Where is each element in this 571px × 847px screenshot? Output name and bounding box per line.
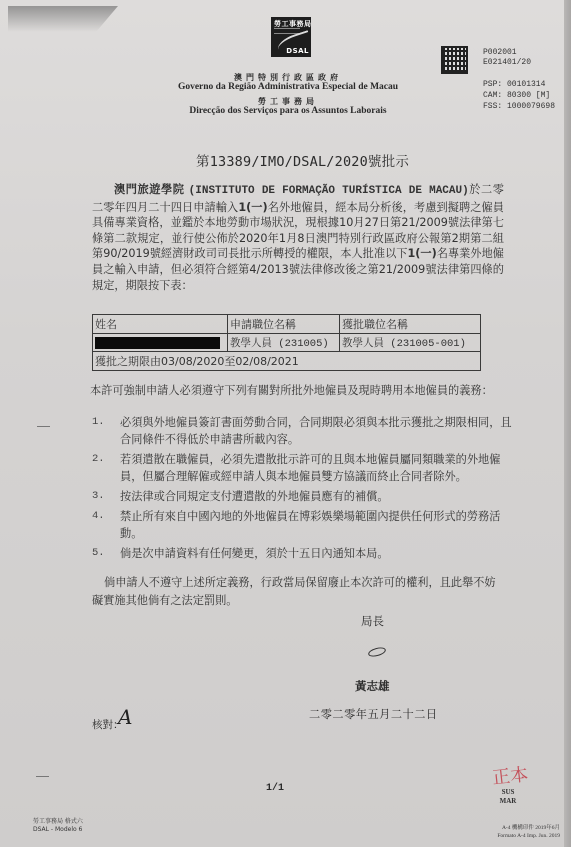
item-text: 按法律或合同規定支付遭遣散的外地僱員應有的補償。 [120, 490, 389, 503]
header-applied-position: 申請職位名稱 [228, 315, 340, 334]
list-item: 1.必須與外地僱員簽訂書面勞動合同，合同期限必須與本批示獲批之期限相同，且合同條… [92, 414, 512, 448]
form-model-cn: 勞工事務局 格式六 [33, 818, 83, 826]
psp-code: PSP: 00101314 [483, 79, 555, 90]
item-text: 若須遣散在職僱員，必須先遣散批示許可的且與本地僱員屬同類職業的外地僱員，但屬合理… [120, 453, 500, 483]
list-item: 3.按法律或合同規定支付遭遣散的外地僱員應有的補償。 [92, 488, 512, 505]
reference-code-2: E021401/20 [483, 58, 531, 68]
paper-fold-shadow [8, 6, 118, 32]
initials-2: MAR [488, 797, 528, 806]
government-name-pt: Governo da Região Administrativa Especia… [160, 82, 416, 92]
dsal-logo-icon: 勞工事務局 DSAL [271, 17, 311, 57]
form-format-pt: Formato A-4 Imp. Jun. 2019 [460, 833, 560, 841]
list-item: 2.若須遣散在職僱員，必須先遣散批示許可的且與本地僱員屬同類職業的外地僱員，但屬… [92, 451, 512, 485]
dispatch-title: 第13389/IMO/DSAL/2020號批示 [196, 150, 409, 170]
cam-code: CAM: 80300 [M] [483, 90, 555, 101]
margin-mark [36, 776, 49, 777]
applied-position: 教學人員 (231005) [228, 334, 340, 352]
signature-date: 二零二零年五月二十二日 [309, 706, 438, 722]
logo-text-en: DSAL [286, 47, 309, 55]
worker-count-2: 1(一) [408, 247, 437, 260]
reference-code-1: P002001 [483, 48, 531, 58]
list-item: 5.倘是次申請資料有任何變更，須於十五日內通知本局。 [92, 545, 512, 562]
table-header-row: 姓名 申請職位名稱 獲批職位名稱 [93, 315, 481, 334]
applicant-name-pt: (INSTITUTO DE FORMAÇÃO TURÍSTICA DE MACA… [189, 185, 469, 197]
item-number: 4. [92, 508, 114, 525]
signatory-name: 黃志雄 [355, 678, 390, 694]
applicant-name-cn: 澳門旅遊學院 [114, 183, 185, 196]
margin-mark [37, 426, 50, 427]
item-number: 1. [92, 414, 114, 431]
obligations-intro: 本許可強制申請人必須遵守下列有關對所批外地僱員及現時聘用本地僱員的義務： [68, 382, 508, 400]
page-edge [564, 0, 571, 847]
signatory-title: 局長 [361, 613, 384, 629]
item-number: 5. [92, 545, 114, 562]
table-period-row: 獲批之期限由03/08/2020至02/08/2021 [93, 352, 481, 371]
approved-position: 教學人員 (231005-001) [340, 334, 481, 352]
checked-by-initial: A [118, 705, 132, 729]
item-number: 3. [92, 488, 114, 505]
document-page: 勞工事務局 DSAL 澳門特別行政區政府 Governo da Região A… [0, 0, 571, 847]
closing-paragraph: 倘申請人不遵守上述所定義務，行政當局保留廢止本次許可的權利，且此舉不妨礙實施其他… [92, 574, 504, 610]
approval-table: 姓名 申請職位名稱 獲批職位名稱 教學人員 (231005) 教學人員 (231… [92, 314, 481, 371]
handwritten-signature-icon [367, 646, 386, 658]
item-text: 必須與外地僱員簽訂書面勞動合同，合同期限必須與本批示獲批之期限相同，且合同條件不… [120, 416, 512, 446]
staff-initials: SUS MAR [488, 788, 528, 806]
original-stamp: 正本 [491, 760, 530, 790]
form-model-pt: DSAL - Modelo 6 [33, 826, 83, 834]
initials-1: SUS [488, 788, 528, 797]
worker-name-redacted [93, 334, 228, 352]
form-model-left: 勞工事務局 格式六 DSAL - Modelo 6 [33, 818, 83, 834]
obligations-list: 1.必須與外地僱員簽訂書面勞動合同，合同期限必須與本批示獲批之期限相同，且合同條… [92, 414, 512, 565]
department-name-pt: Direcção dos Serviços para os Assuntos L… [160, 106, 416, 116]
redaction-bar [95, 337, 220, 349]
item-number: 2. [92, 451, 114, 468]
qr-code-icon [441, 46, 468, 74]
reference-codes: P002001 E021401/20 [483, 48, 531, 68]
intro-paragraph: 澳門旅遊學院 (INSTITUTO DE FORMAÇÃO TURÍSTICA … [92, 182, 504, 293]
fss-code: FSS: 1000079698 [483, 101, 555, 112]
header-name: 姓名 [93, 315, 228, 334]
table-row: 教學人員 (231005) 教學人員 (231005-001) [93, 334, 481, 352]
worker-count-1: 1(一) [238, 201, 267, 214]
header-approved-position: 獲批職位名稱 [340, 315, 481, 334]
approval-period: 獲批之期限由03/08/2020至02/08/2021 [93, 352, 481, 371]
registration-codes: PSP: 00101314 CAM: 80300 [M] FSS: 100007… [483, 79, 555, 112]
form-format-cn: A-4 機構印件 2019年6月 [460, 825, 560, 833]
list-item: 4.禁止所有來自中國內地的外地僱員在博彩娛樂場範圍內提供任何形式的勞務活動。 [92, 508, 512, 542]
page-number: 1/1 [266, 783, 284, 794]
form-format-right: A-4 機構印件 2019年6月 Formato A-4 Imp. Jun. 2… [460, 825, 560, 840]
item-text: 禁止所有來自中國內地的外地僱員在博彩娛樂場範圍內提供任何形式的勞務活動。 [120, 510, 500, 540]
item-text: 倘是次申請資料有任何變更，須於十五日內通知本局。 [120, 547, 389, 560]
